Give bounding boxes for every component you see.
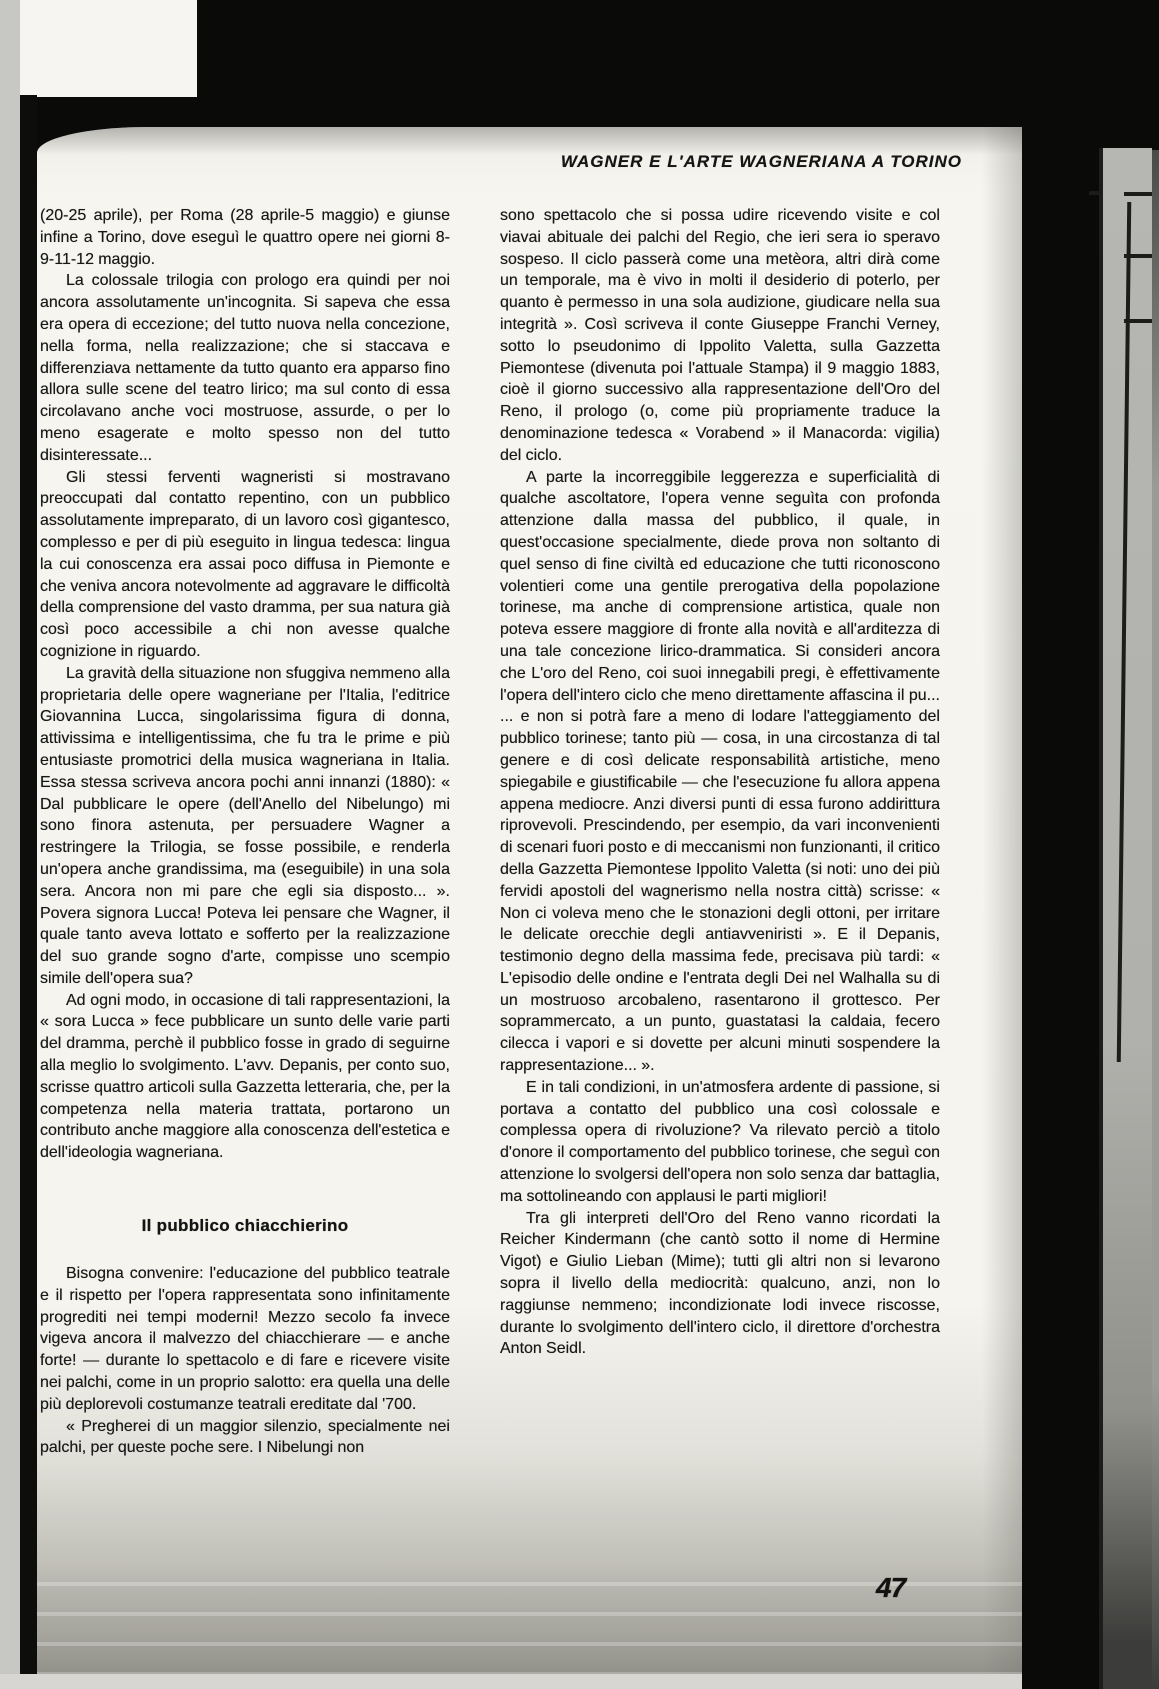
body-paragraph: A parte la incorreggibile leggerezza e s… bbox=[500, 467, 940, 1077]
body-paragraph: « Pregherei di un maggior silenzio, spec… bbox=[40, 1416, 450, 1460]
section-heading: Il pubblico chiacchierino bbox=[40, 1216, 450, 1236]
adjacent-page-rung bbox=[1124, 254, 1152, 258]
scan-corner-patch bbox=[20, 0, 197, 97]
body-paragraph: Tra gli interpreti dell'Oro del Reno van… bbox=[500, 1208, 940, 1361]
adjacent-page-rung bbox=[1124, 192, 1152, 196]
page-right-shade bbox=[982, 127, 1022, 1675]
page-bottom-streaks bbox=[37, 1556, 1022, 1676]
running-header: WAGNER E L'ARTE WAGNERIANA A TORINO bbox=[520, 152, 962, 172]
body-paragraph: La gravità della situazione non sfuggiva… bbox=[40, 663, 450, 990]
scan-right-edge bbox=[1152, 150, 1159, 1689]
body-paragraph: (20-25 aprile), per Roma (28 aprile-5 ma… bbox=[40, 205, 450, 270]
adjacent-page-rung bbox=[1124, 319, 1152, 323]
page-number: 47 bbox=[876, 1572, 905, 1604]
body-paragraph: Ad ogni modo, in occasione di tali rappr… bbox=[40, 990, 450, 1164]
book-gutter-shadow bbox=[1022, 0, 1099, 1689]
body-paragraph: Bisogna convenire: l'educazione del pubb… bbox=[40, 1263, 450, 1416]
body-paragraph: E in tali condizioni, in un'atmosfera ar… bbox=[500, 1077, 940, 1208]
left-column: (20-25 aprile), per Roma (28 aprile-5 ma… bbox=[40, 205, 450, 1459]
adjacent-page-tick bbox=[1089, 191, 1102, 195]
body-paragraph: La colossale trilogia con prologo era qu… bbox=[40, 270, 450, 466]
scan-left-edge-shadow bbox=[20, 95, 37, 1689]
scan-bottom-margin bbox=[0, 1674, 1022, 1689]
page-top-shade bbox=[37, 127, 1022, 155]
body-paragraph: sono spettacolo che si possa udire ricev… bbox=[500, 205, 940, 467]
right-column: sono spettacolo che si possa udire ricev… bbox=[500, 205, 940, 1360]
body-paragraph: Gli stessi ferventi wagneristi si mostra… bbox=[40, 467, 450, 663]
